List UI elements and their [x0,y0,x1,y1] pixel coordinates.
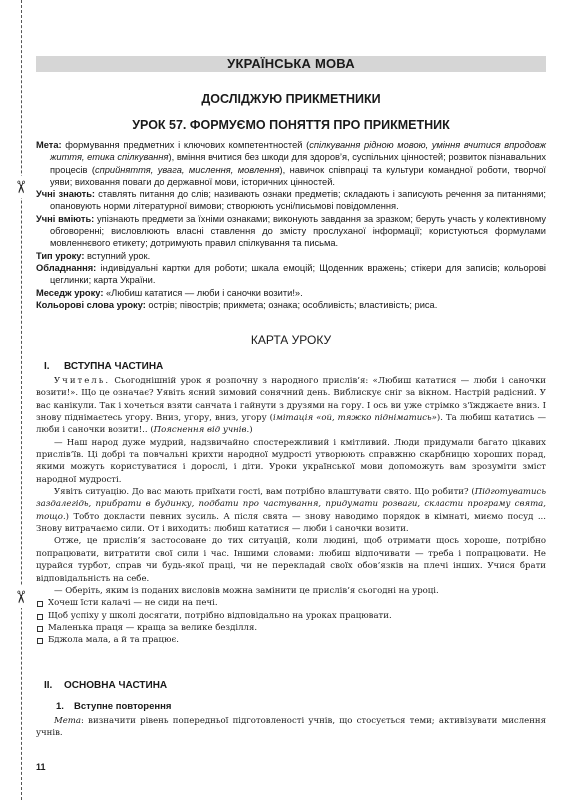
section-2-heading: II.ОСНОВНА ЧАСТИНА [44,680,167,691]
meta-can: Учні вміють: упізнають предмети за їхнім… [36,213,546,250]
section-1-heading: I.ВСТУПНА ЧАСТИНА [44,361,163,372]
lesson-meta: Мета: формування предметних і ключових к… [36,139,546,311]
section-1-body: Учитель. Сьогоднішній урок я розпочну з … [36,375,546,647]
cut-line [21,0,22,800]
paragraph: Уявіть ситуацію. До вас мають приїхати г… [36,486,546,535]
lesson-title: УРОК 57. ФОРМУЄМО ПОНЯТТЯ ПРО ПРИКМЕТНИК [36,118,546,132]
meta-know: Учні знають: ставлять питання до слів; н… [36,188,546,213]
paragraph: Учитель. Сьогоднішній урок я розпочну з … [36,375,546,437]
meta-goal: Мета: формування предметних і ключових к… [36,139,546,188]
meta-equipment: Обладнання: індивідуальні картки для роб… [36,262,546,287]
meta-type: Тип уроку: вступний урок. [36,250,546,262]
paragraph: — Оберіть, яким із поданих висловів можн… [36,585,546,597]
meta-color-words: Кольорові слова уроку: острів; півострів… [36,299,546,311]
paragraph: Отже, це прислів’я застосоване до тих си… [36,535,546,584]
page-number: 11 [36,762,46,772]
list-item: Маленька праця — краща за велике безділл… [36,622,546,634]
list-item: Хочеш їсти калачі — не сиди на печі. [36,597,546,609]
paragraph: Мета: визначити рівень попередньої підго… [36,715,546,740]
list-item: Щоб успіху у школі досягати, потрібно ві… [36,610,546,622]
meta-message: Меседж уроку: «Любиш кататися — люби і с… [36,287,546,299]
scissors-icon: ✂ [9,176,31,198]
subject-header: УКРАЇНСЬКА МОВА [36,56,546,72]
unit-title: ДОСЛІДЖУЮ ПРИКМЕТНИКИ [36,92,546,106]
scissors-icon: ✂ [9,586,31,608]
list-item: Бджола мала, а й та працює. [36,634,546,646]
subsection-heading: 1.Вступне повторення [56,701,171,712]
lesson-map-title: КАРТА УРОКУ [36,333,546,347]
paragraph: — Наш народ дуже мудрий, надзвичайно спо… [36,437,546,486]
section-2-body: Мета: визначити рівень попередньої підго… [36,715,546,740]
proverb-list: Хочеш їсти калачі — не сиди на печі. Щоб… [36,597,546,646]
